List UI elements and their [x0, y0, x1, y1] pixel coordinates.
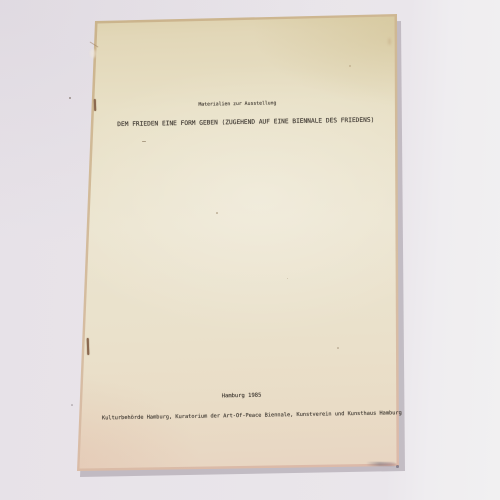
publisher-line: Kulturbehörde Hamburg, Kuratorium der Ar… [102, 410, 402, 421]
cover-text: Materialien zur Ausstellung DEM FRIEDEN … [0, 0, 500, 500]
photo-backdrop: Materialien zur Ausstellung DEM FRIEDEN … [0, 0, 500, 500]
booklet-title: DEM FRIEDEN EINE FORM GEBEN (ZUGEHEND AU… [117, 117, 374, 128]
place-year: Hamburg 1985 [222, 393, 262, 400]
series-note: Materialien zur Ausstellung [198, 101, 276, 107]
